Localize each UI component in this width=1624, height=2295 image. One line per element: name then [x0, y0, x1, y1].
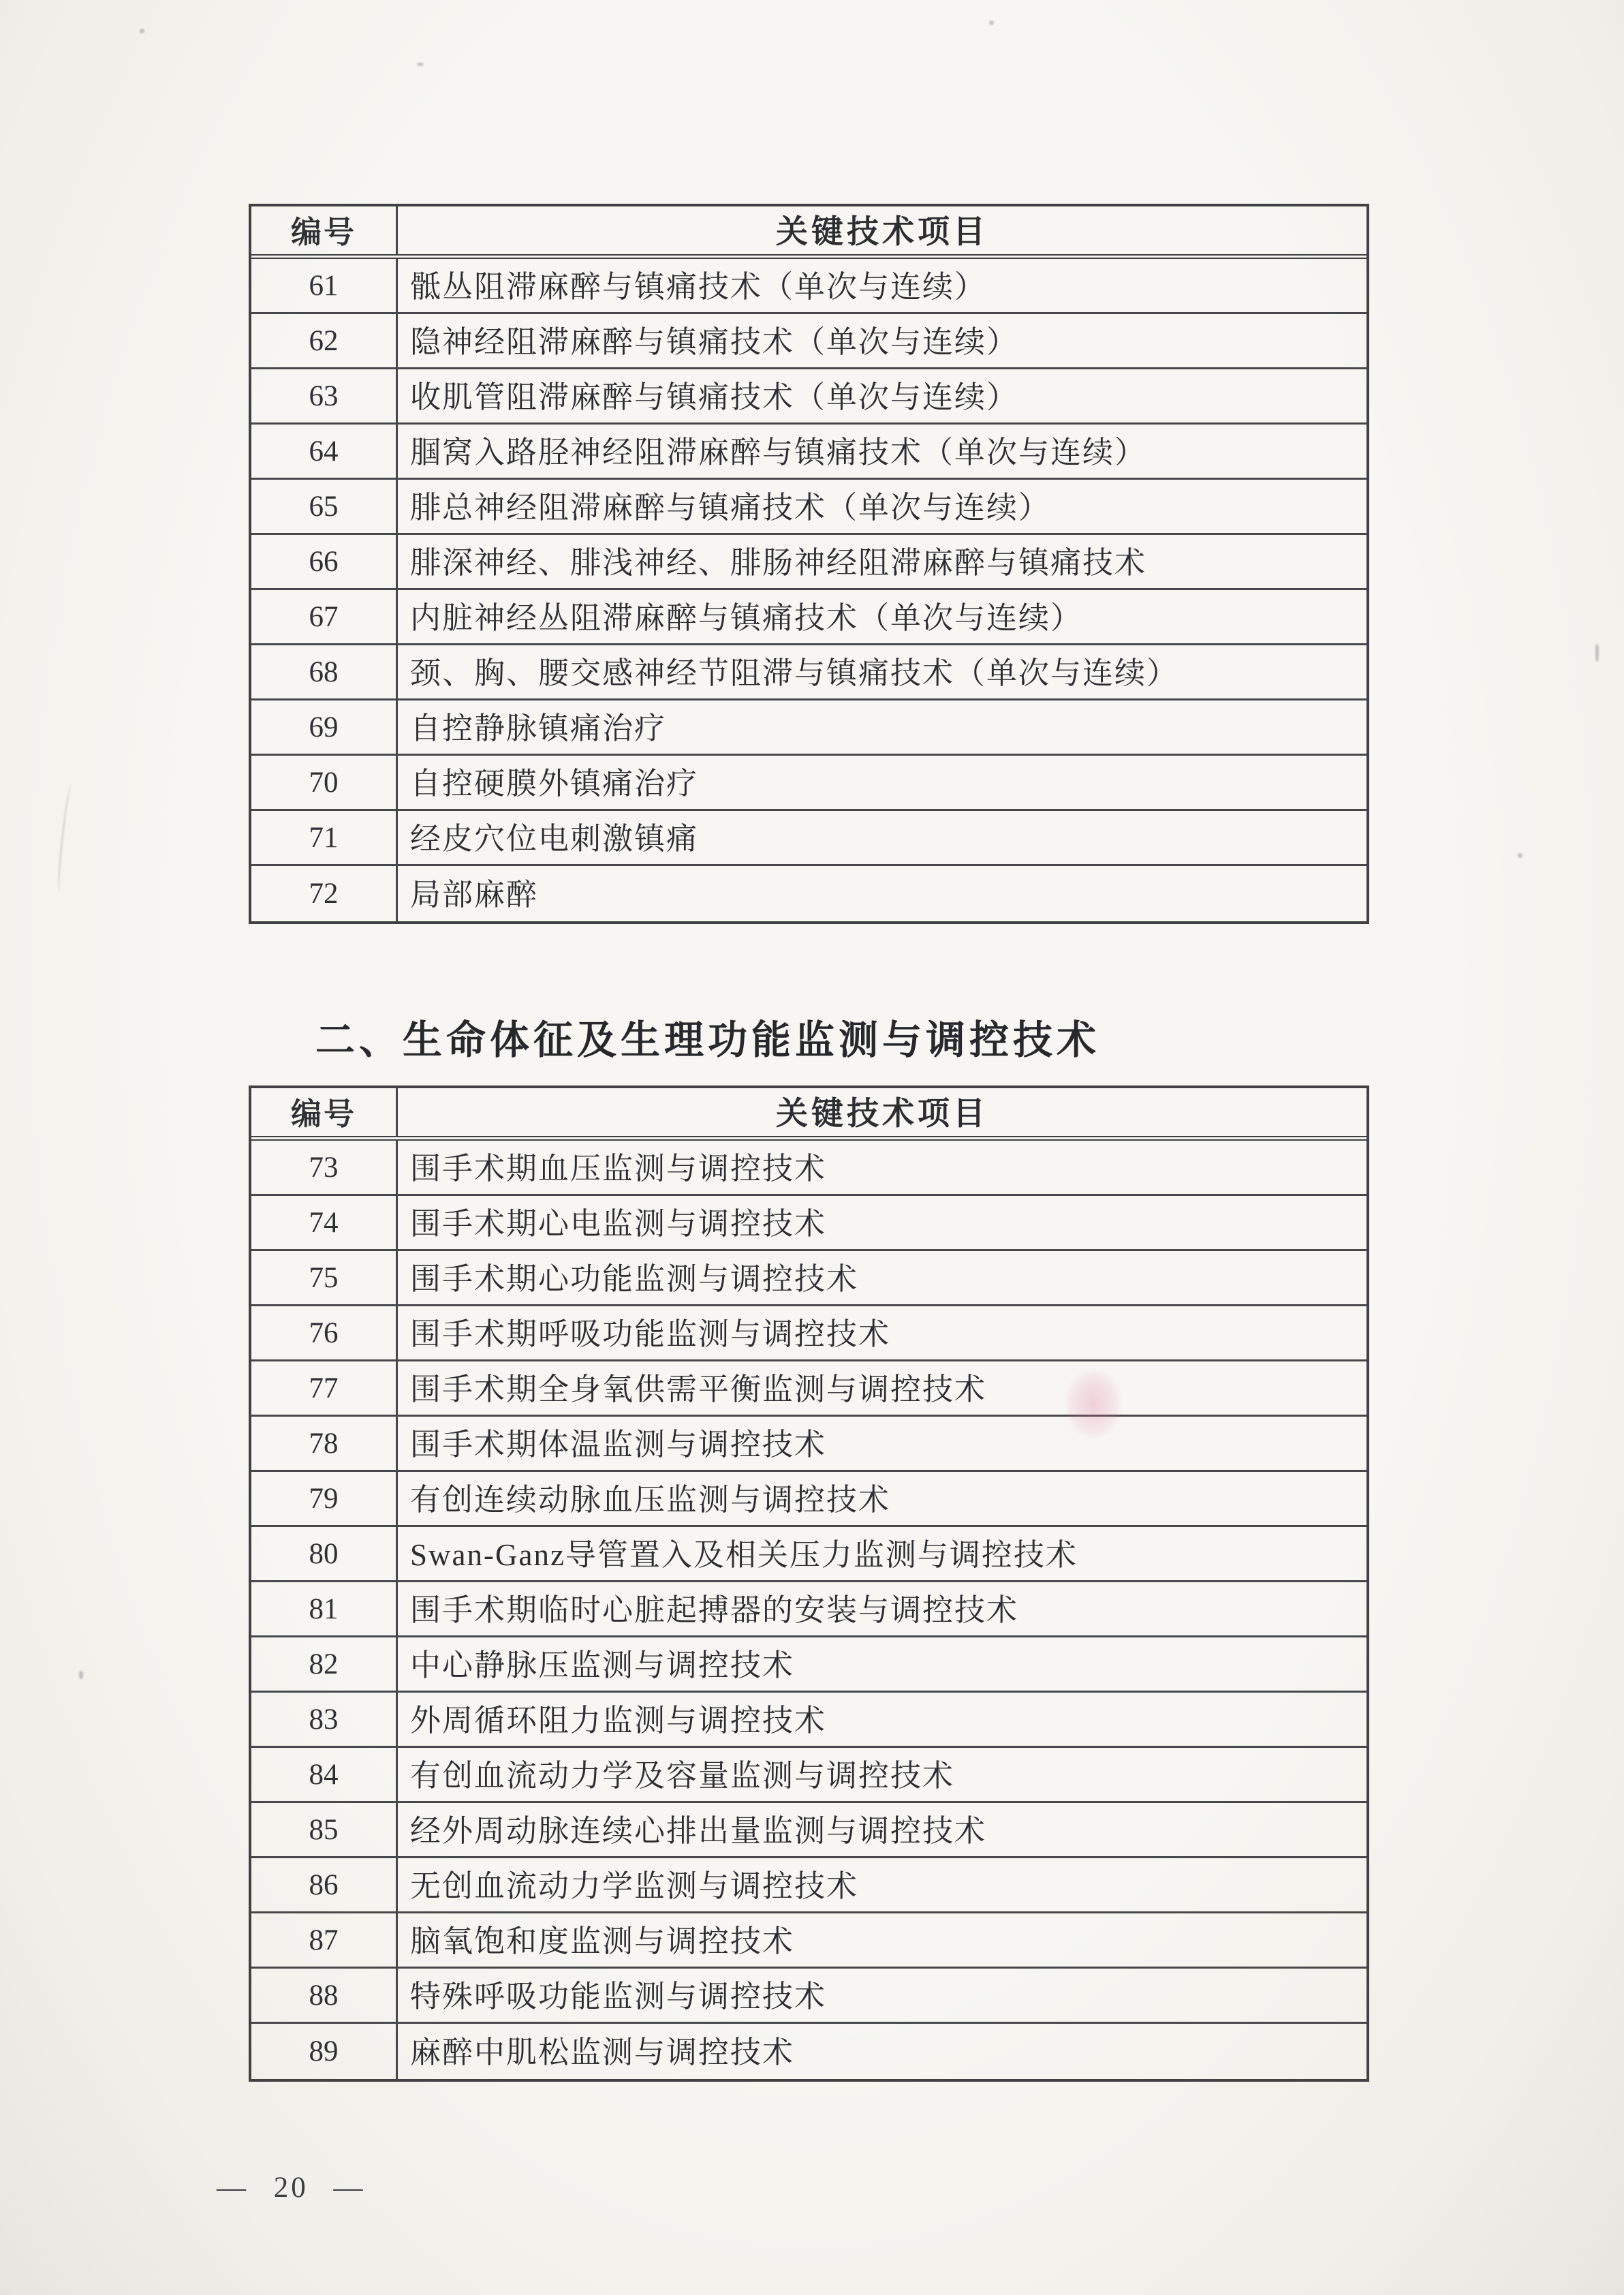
scan-speck	[79, 1671, 83, 1679]
row-number: 76	[251, 1306, 398, 1359]
row-tech-name: 外周循环阻力监测与调控技术	[398, 1693, 1367, 1746]
row-number: 63	[251, 369, 398, 422]
row-number: 69	[251, 700, 398, 754]
table-row: 89麻醉中肌松监测与调控技术	[251, 2024, 1367, 2079]
table-row: 76围手术期呼吸功能监测与调控技术	[251, 1306, 1367, 1361]
table-row: 73围手术期血压监测与调控技术	[251, 1141, 1367, 1196]
row-tech-name: 经外周动脉连续心排出量监测与调控技术	[398, 1803, 1367, 1856]
row-number: 86	[251, 1858, 398, 1911]
table-row: 61骶丛阻滞麻醉与镇痛技术（单次与连续）	[251, 259, 1367, 314]
table-row: 85经外周动脉连续心排出量监测与调控技术	[251, 1803, 1367, 1858]
page-number: — 20 —	[217, 2171, 366, 2204]
row-tech-name: 围手术期体温监测与调控技术	[398, 1417, 1367, 1470]
table-row: 86无创血流动力学监测与调控技术	[251, 1858, 1367, 1913]
table-row: 82中心静脉压监测与调控技术	[251, 1637, 1367, 1693]
scan-speck	[417, 63, 424, 66]
row-tech-name: 收肌管阻滞麻醉与镇痛技术（单次与连续）	[398, 369, 1367, 422]
row-number: 75	[251, 1251, 398, 1304]
scan-speck	[1595, 644, 1599, 662]
row-number: 61	[251, 259, 398, 312]
table-row: 83外周循环阻力监测与调控技术	[251, 1693, 1367, 1748]
row-tech-name: 隐神经阻滞麻醉与镇痛技术（单次与连续）	[398, 314, 1367, 367]
scan-crease	[56, 784, 76, 893]
row-number: 87	[251, 1913, 398, 1967]
table-row: 63收肌管阻滞麻醉与镇痛技术（单次与连续）	[251, 369, 1367, 425]
column-header-tech-name: 关键技术项目	[398, 1088, 1367, 1136]
row-number: 72	[251, 866, 398, 921]
column-header-id: 编号	[251, 1088, 398, 1136]
row-tech-name: 腘窝入路胫神经阻滞麻醉与镇痛技术（单次与连续）	[398, 425, 1367, 478]
row-tech-name: 内脏神经丛阻滞麻醉与镇痛技术（单次与连续）	[398, 590, 1367, 643]
row-tech-name: Swan-Ganz导管置入及相关压力监测与调控技术	[398, 1527, 1367, 1580]
row-number: 77	[251, 1361, 398, 1415]
row-number: 83	[251, 1693, 398, 1746]
row-tech-name: 麻醉中肌松监测与调控技术	[398, 2024, 1367, 2079]
table-row: 71经皮穴位电刺激镇痛	[251, 811, 1367, 866]
row-tech-name: 无创血流动力学监测与调控技术	[398, 1858, 1367, 1911]
row-number: 82	[251, 1637, 398, 1691]
table-row: 77围手术期全身氧供需平衡监测与调控技术	[251, 1361, 1367, 1417]
table-row: 72局部麻醉	[251, 866, 1367, 921]
key-tech-table-1: 编号 关键技术项目 61骶丛阻滞麻醉与镇痛技术（单次与连续）62隐神经阻滞麻醉与…	[249, 204, 1369, 924]
row-tech-name: 骶丛阻滞麻醉与镇痛技术（单次与连续）	[398, 259, 1367, 312]
table-row: 88特殊呼吸功能监测与调控技术	[251, 1969, 1367, 2024]
table-body: 73围手术期血压监测与调控技术74围手术期心电监测与调控技术75围手术期心功能监…	[251, 1141, 1367, 2079]
row-tech-name: 腓总神经阻滞麻醉与镇痛技术（单次与连续）	[398, 480, 1367, 533]
column-header-tech-name: 关键技术项目	[398, 206, 1367, 254]
row-tech-name: 围手术期心功能监测与调控技术	[398, 1251, 1367, 1304]
scanned-document-page: 编号 关键技术项目 61骶丛阻滞麻醉与镇痛技术（单次与连续）62隐神经阻滞麻醉与…	[0, 0, 1624, 2295]
row-tech-name: 有创连续动脉血压监测与调控技术	[398, 1472, 1367, 1525]
table-row: 68颈、胸、腰交感神经节阻滞与镇痛技术（单次与连续）	[251, 645, 1367, 700]
row-tech-name: 脑氧饱和度监测与调控技术	[398, 1913, 1367, 1967]
row-number: 66	[251, 535, 398, 588]
row-number: 88	[251, 1969, 398, 2022]
section-heading: 二、生命体征及生理功能监测与调控技术	[315, 1018, 1100, 1064]
row-number: 80	[251, 1527, 398, 1580]
scan-speck	[989, 20, 994, 25]
table-row: 84有创血流动力学及容量监测与调控技术	[251, 1748, 1367, 1803]
key-tech-table-2: 编号 关键技术项目 73围手术期血压监测与调控技术74围手术期心电监测与调控技术…	[249, 1085, 1369, 2082]
row-tech-name: 中心静脉压监测与调控技术	[398, 1637, 1367, 1691]
scan-speck	[140, 29, 144, 33]
row-tech-name: 围手术期呼吸功能监测与调控技术	[398, 1306, 1367, 1359]
row-tech-name: 围手术期临时心脏起搏器的安装与调控技术	[398, 1582, 1367, 1635]
row-tech-name: 围手术期心电监测与调控技术	[398, 1196, 1367, 1249]
table-row: 81围手术期临时心脏起搏器的安装与调控技术	[251, 1582, 1367, 1637]
row-number: 70	[251, 756, 398, 809]
table-row: 87脑氧饱和度监测与调控技术	[251, 1913, 1367, 1969]
row-number: 89	[251, 2024, 398, 2079]
table-row: 79有创连续动脉血压监测与调控技术	[251, 1472, 1367, 1527]
row-tech-name: 围手术期血压监测与调控技术	[398, 1141, 1367, 1194]
row-tech-name: 经皮穴位电刺激镇痛	[398, 811, 1367, 864]
row-number: 84	[251, 1748, 398, 1801]
row-number: 64	[251, 425, 398, 478]
table-header-row: 编号 关键技术项目	[251, 206, 1367, 259]
table-row: 75围手术期心功能监测与调控技术	[251, 1251, 1367, 1306]
row-tech-name: 自控静脉镇痛治疗	[398, 700, 1367, 754]
table-header-row: 编号 关键技术项目	[251, 1088, 1367, 1141]
row-tech-name: 自控硬膜外镇痛治疗	[398, 756, 1367, 809]
row-number: 68	[251, 645, 398, 698]
row-number: 71	[251, 811, 398, 864]
row-number: 73	[251, 1141, 398, 1194]
table-row: 80Swan-Ganz导管置入及相关压力监测与调控技术	[251, 1527, 1367, 1582]
table-row: 70自控硬膜外镇痛治疗	[251, 756, 1367, 811]
table-row: 74围手术期心电监测与调控技术	[251, 1196, 1367, 1251]
row-number: 78	[251, 1417, 398, 1470]
row-number: 81	[251, 1582, 398, 1635]
table-row: 65腓总神经阻滞麻醉与镇痛技术（单次与连续）	[251, 480, 1367, 535]
row-number: 85	[251, 1803, 398, 1856]
row-number: 62	[251, 314, 398, 367]
table-row: 64腘窝入路胫神经阻滞麻醉与镇痛技术（单次与连续）	[251, 425, 1367, 480]
scan-speck	[1518, 853, 1522, 858]
table-body: 61骶丛阻滞麻醉与镇痛技术（单次与连续）62隐神经阻滞麻醉与镇痛技术（单次与连续…	[251, 259, 1367, 921]
table-row: 62隐神经阻滞麻醉与镇痛技术（单次与连续）	[251, 314, 1367, 369]
row-tech-name: 特殊呼吸功能监测与调控技术	[398, 1969, 1367, 2022]
row-number: 79	[251, 1472, 398, 1525]
row-tech-name: 局部麻醉	[398, 866, 1367, 921]
row-tech-name: 围手术期全身氧供需平衡监测与调控技术	[398, 1361, 1367, 1415]
row-tech-name: 有创血流动力学及容量监测与调控技术	[398, 1748, 1367, 1801]
row-tech-name: 腓深神经、腓浅神经、腓肠神经阻滞麻醉与镇痛技术	[398, 535, 1367, 588]
table-row: 67内脏神经丛阻滞麻醉与镇痛技术（单次与连续）	[251, 590, 1367, 645]
row-number: 67	[251, 590, 398, 643]
table-row: 66腓深神经、腓浅神经、腓肠神经阻滞麻醉与镇痛技术	[251, 535, 1367, 590]
table-row: 78围手术期体温监测与调控技术	[251, 1417, 1367, 1472]
column-header-id: 编号	[251, 206, 398, 254]
row-number: 65	[251, 480, 398, 533]
row-tech-name: 颈、胸、腰交感神经节阻滞与镇痛技术（单次与连续）	[398, 645, 1367, 698]
table-row: 69自控静脉镇痛治疗	[251, 700, 1367, 756]
row-number: 74	[251, 1196, 398, 1249]
